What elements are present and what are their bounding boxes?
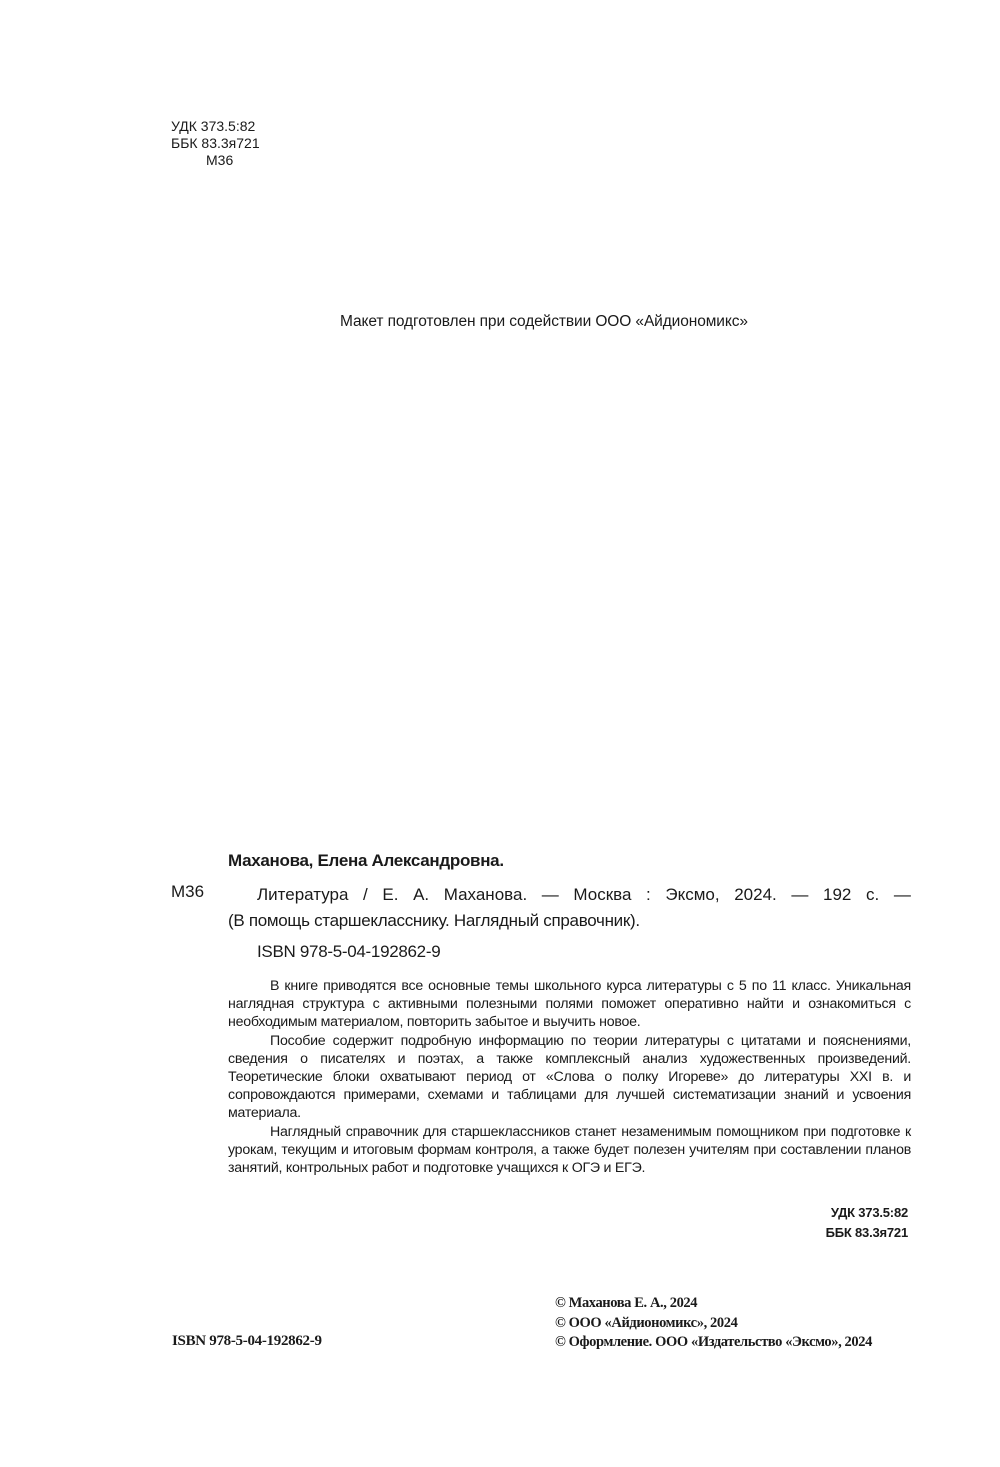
udk-code: УДК 373.5:82 xyxy=(171,118,260,135)
annotation-paragraph: Пособие содержит подробную информацию по… xyxy=(228,1032,911,1123)
copyright-line: © Маханова Е. А., 2024 xyxy=(555,1294,872,1314)
bibliographic-word: 2024. xyxy=(734,882,777,908)
bibliographic-word: 192 xyxy=(823,882,851,908)
bibliographic-word: — xyxy=(542,882,559,908)
bibliographic-word: — xyxy=(791,882,808,908)
bibliographic-word: Москва xyxy=(573,882,631,908)
annotation: В книге приводятся все основные темы шко… xyxy=(228,977,911,1177)
copyright-line: © Оформление. ООО «Издательство «Эксмо»,… xyxy=(555,1333,872,1353)
bibliographic-word: : xyxy=(646,882,651,908)
copyright-block: © Маханова Е. А., 2024 © ООО «Айдиономик… xyxy=(555,1294,872,1353)
bibliographic-line-1: Литература/Е.А.Маханова.—Москва:Эксмо,20… xyxy=(228,882,911,908)
isbn-bottom: ISBN 978-5-04-192862-9 xyxy=(172,1333,322,1350)
bibliographic-word: — xyxy=(894,882,911,908)
classification-block-bottom: УДК 373.5:82 ББК 83.3я721 xyxy=(826,1203,908,1243)
bibliographic-word: Литература xyxy=(257,882,348,908)
bibliographic-description: Литература/Е.А.Маханова.—Москва:Эксмо,20… xyxy=(228,882,911,934)
copyright-line: © ООО «Айдиономикс», 2024 xyxy=(555,1314,872,1334)
bibliographic-series: (В помощь старшекласснику. Наглядный спр… xyxy=(228,908,911,934)
bbk-code: ББК 83.3я721 xyxy=(171,135,260,152)
bibliographic-word: Е. xyxy=(382,882,398,908)
classification-block-top: УДК 373.5:82 ББК 83.3я721 М36 xyxy=(171,118,260,169)
bibliographic-word: / xyxy=(363,882,368,908)
isbn: ISBN 978-5-04-192862-9 xyxy=(257,942,440,962)
author-mark: М36 xyxy=(171,152,260,169)
bibliographic-word: Маханова. xyxy=(444,882,527,908)
bbk-code: ББК 83.3я721 xyxy=(826,1223,908,1243)
author-mark-side: М36 xyxy=(171,882,204,902)
author-heading: Маханова, Елена Александровна. xyxy=(228,851,504,871)
bibliographic-word: Эксмо, xyxy=(665,882,719,908)
annotation-paragraph: Наглядный справочник для старшекласснико… xyxy=(228,1123,911,1178)
layout-note: Макет подготовлен при содействии ООО «Ай… xyxy=(340,313,748,331)
bibliographic-word: А. xyxy=(413,882,429,908)
bibliographic-word: с. xyxy=(866,882,879,908)
annotation-paragraph: В книге приводятся все основные темы шко… xyxy=(228,977,911,1032)
udk-code: УДК 373.5:82 xyxy=(826,1203,908,1223)
